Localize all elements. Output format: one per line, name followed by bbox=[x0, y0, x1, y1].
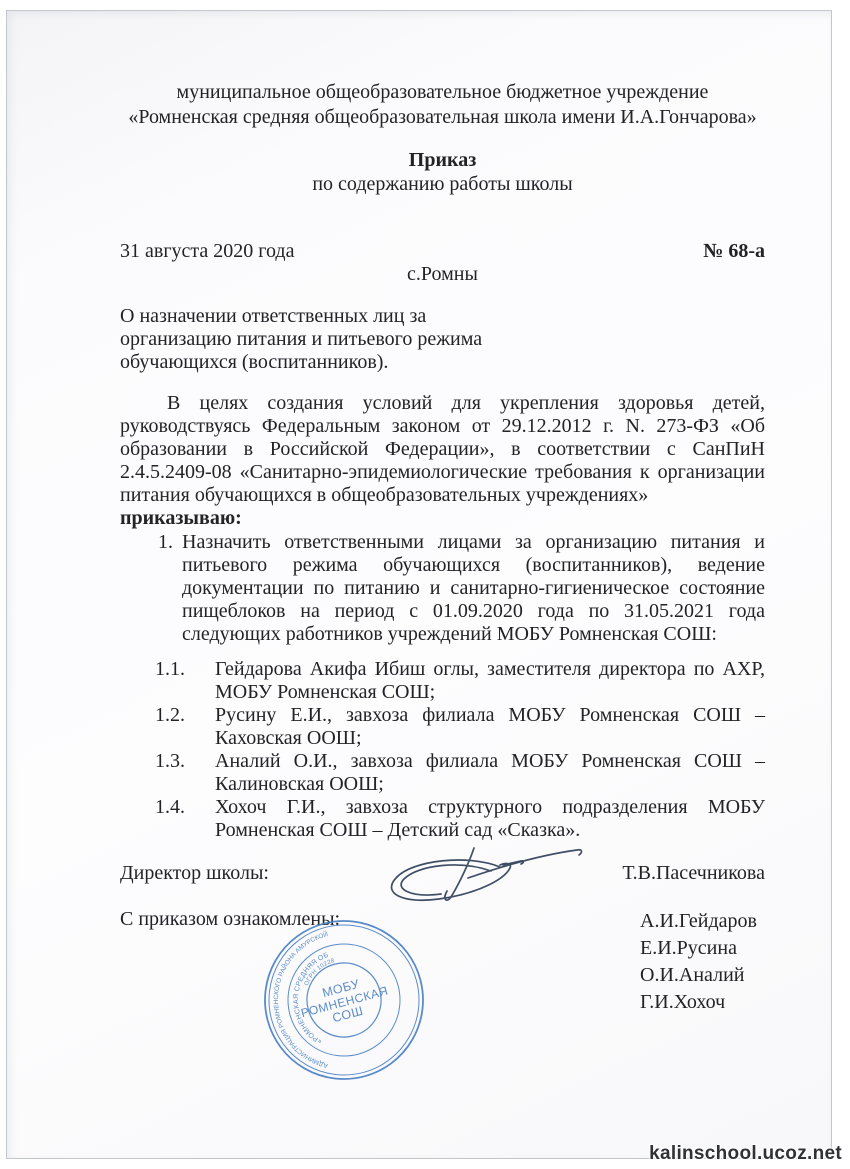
doc-title: Приказ bbox=[120, 148, 765, 172]
director-label: Директор школы: bbox=[120, 862, 269, 885]
ack-name: Е.И.Русина bbox=[640, 935, 770, 962]
subitem-text: Гейдарова Акифа Ибиш оглы, заместителя д… bbox=[215, 658, 765, 704]
ack-name: Г.И.Хохоч bbox=[640, 989, 770, 1016]
subitem-number: 1.3. bbox=[155, 750, 215, 796]
list-item: 1.1. Гейдарова Акифа Ибиш оглы, заместит… bbox=[155, 658, 765, 704]
subject-line: обучающихся (воспитанников). bbox=[120, 351, 590, 374]
subject-line: организацию питания и питьевого режима bbox=[120, 328, 590, 351]
doc-subtitle: по содержанию работы школы bbox=[120, 172, 765, 196]
org-name-line2: «Ромненская средняя общеобразовательная … bbox=[120, 105, 765, 130]
subitem-number: 1.4. bbox=[155, 796, 215, 842]
org-header: муниципальное общеобразовательное бюджет… bbox=[120, 80, 765, 130]
school-stamp: АДМИНИСТРАЦИЯ РОМНЕНСКОГО РАЙОНА АМУРСКО… bbox=[258, 914, 430, 1086]
preamble-paragraph: В целях создания условий для укрепления … bbox=[120, 392, 765, 507]
org-name-line1: муниципальное общеобразовательное бюджет… bbox=[120, 80, 765, 105]
subitem-text: Аналий О.И., завхоза филиала МОБУ Ромнен… bbox=[215, 750, 765, 796]
director-signature bbox=[350, 836, 585, 914]
ack-name: О.И.Аналий bbox=[640, 962, 770, 989]
signature-loop bbox=[392, 860, 511, 900]
subitem-number: 1.2. bbox=[155, 704, 215, 750]
list-item: 1.3. Аналий О.И., завхоза филиала МОБУ Р… bbox=[155, 750, 765, 796]
scanned-document: муниципальное общеобразовательное бюджет… bbox=[0, 0, 850, 1169]
subitems-list: 1.1. Гейдарова Акифа Ибиш оглы, заместит… bbox=[155, 658, 765, 842]
subitem-number: 1.1. bbox=[155, 658, 215, 704]
doc-title-block: Приказ по содержанию работы школы bbox=[120, 148, 765, 196]
subject-block: О назначении ответственных лиц за органи… bbox=[120, 305, 590, 374]
doc-place: с.Ромны bbox=[120, 263, 765, 286]
signature-tail bbox=[468, 850, 581, 878]
list-item: 1.2. Русину Е.И., завхоза филиала МОБУ Р… bbox=[155, 704, 765, 750]
subitem-text: Русину Е.И., завхоза филиала МОБУ Ромнен… bbox=[215, 704, 765, 750]
list-item-1-text: Назначить ответственными лицами за орган… bbox=[182, 531, 765, 646]
site-watermark: kalinschool.ucoz.net bbox=[649, 1143, 842, 1165]
list-item-1-number: 1. bbox=[158, 531, 173, 554]
ack-names: А.И.Гейдаров Е.И.Русина О.И.Аналий Г.И.Х… bbox=[640, 908, 770, 1016]
doc-number: № 68-а bbox=[703, 240, 765, 263]
director-name: Т.В.Пасечникова bbox=[622, 862, 765, 885]
subject-line: О назначении ответственных лиц за bbox=[120, 305, 590, 328]
doc-date: 31 августа 2020 года bbox=[120, 240, 294, 263]
order-keyword: приказываю: bbox=[120, 507, 242, 530]
ack-name: А.И.Гейдаров bbox=[640, 908, 770, 935]
date-number-row: 31 августа 2020 года № 68-а bbox=[120, 240, 765, 263]
